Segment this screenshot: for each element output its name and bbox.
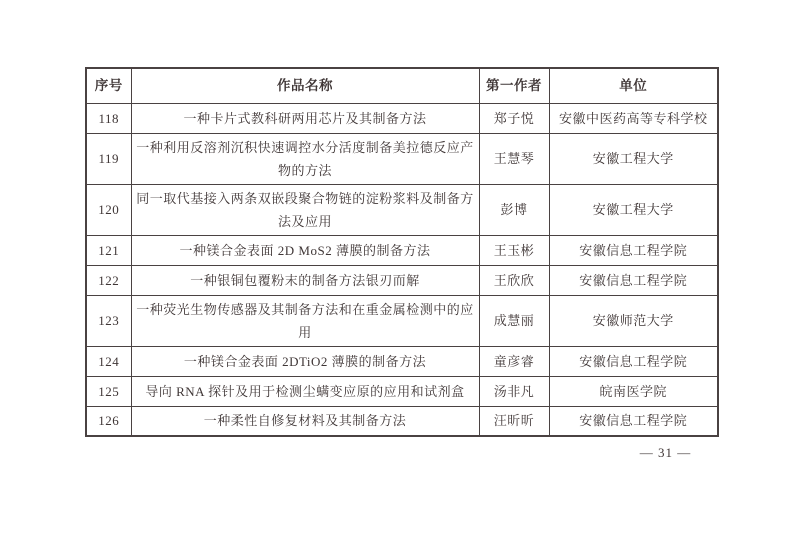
cell-serial: 125 <box>86 376 131 406</box>
cell-serial: 119 <box>86 133 131 184</box>
header-row: 序号 作品名称 第一作者 单位 <box>86 68 718 103</box>
cell-serial: 120 <box>86 184 131 235</box>
cell-organization: 安徽工程大学 <box>549 184 718 235</box>
cell-organization: 安徽信息工程学院 <box>549 346 718 376</box>
table-row: 122 一种银铜包覆粉末的制备方法银刃而解 王欣欣 安徽信息工程学院 <box>86 265 718 295</box>
col-header-author: 第一作者 <box>479 68 549 103</box>
cell-organization: 安徽师范大学 <box>549 295 718 346</box>
cell-organization: 安徽信息工程学院 <box>549 406 718 436</box>
cell-serial: 121 <box>86 235 131 265</box>
table-row: 123 一种荧光生物传感器及其制备方法和在重金属检测中的应用 成慧丽 安徽师范大… <box>86 295 718 346</box>
table-row: 125 导向 RNA 探针及用于检测尘螨变应原的应用和试剂盒 汤非凡 皖南医学院 <box>86 376 718 406</box>
table-row: 124 一种镁合金表面 2DTiO2 薄膜的制备方法 童彦睿 安徽信息工程学院 <box>86 346 718 376</box>
cell-author: 彭博 <box>479 184 549 235</box>
cell-author: 郑子悦 <box>479 103 549 133</box>
cell-title: 一种柔性自修复材料及其制备方法 <box>131 406 479 436</box>
col-header-organization: 单位 <box>549 68 718 103</box>
cell-title: 一种利用反溶剂沉积快速调控水分活度制备美拉德反应产物的方法 <box>131 133 479 184</box>
table-row: 126 一种柔性自修复材料及其制备方法 汪昕昕 安徽信息工程学院 <box>86 406 718 436</box>
cell-serial: 118 <box>86 103 131 133</box>
cell-organization: 皖南医学院 <box>549 376 718 406</box>
cell-serial: 124 <box>86 346 131 376</box>
cell-organization: 安徽工程大学 <box>549 133 718 184</box>
cell-author: 王慧琴 <box>479 133 549 184</box>
cell-title: 导向 RNA 探针及用于检测尘螨变应原的应用和试剂盒 <box>131 376 479 406</box>
col-header-serial: 序号 <box>86 68 131 103</box>
table-row: 118 一种卡片式教科研两用芯片及其制备方法 郑子悦 安徽中医药高等专科学校 <box>86 103 718 133</box>
table-row: 121 一种镁合金表面 2D MoS2 薄膜的制备方法 王玉彬 安徽信息工程学院 <box>86 235 718 265</box>
cell-title: 同一取代基接入两条双嵌段聚合物链的淀粉浆料及制备方法及应用 <box>131 184 479 235</box>
col-header-title: 作品名称 <box>131 68 479 103</box>
page-number: — 31 — <box>618 445 713 461</box>
table-row: 119 一种利用反溶剂沉积快速调控水分活度制备美拉德反应产物的方法 王慧琴 安徽… <box>86 133 718 184</box>
cell-title: 一种镁合金表面 2DTiO2 薄膜的制备方法 <box>131 346 479 376</box>
cell-title: 一种镁合金表面 2D MoS2 薄膜的制备方法 <box>131 235 479 265</box>
cell-title: 一种卡片式教科研两用芯片及其制备方法 <box>131 103 479 133</box>
cell-author: 成慧丽 <box>479 295 549 346</box>
cell-organization: 安徽信息工程学院 <box>549 265 718 295</box>
cell-organization: 安徽信息工程学院 <box>549 235 718 265</box>
cell-title: 一种荧光生物传感器及其制备方法和在重金属检测中的应用 <box>131 295 479 346</box>
cell-author: 汤非凡 <box>479 376 549 406</box>
cell-serial: 123 <box>86 295 131 346</box>
cell-author: 王玉彬 <box>479 235 549 265</box>
cell-author: 王欣欣 <box>479 265 549 295</box>
awards-table: 序号 作品名称 第一作者 单位 118 一种卡片式教科研两用芯片及其制备方法 郑… <box>85 67 719 437</box>
cell-organization: 安徽中医药高等专科学校 <box>549 103 718 133</box>
cell-author: 汪昕昕 <box>479 406 549 436</box>
cell-serial: 126 <box>86 406 131 436</box>
table-row: 120 同一取代基接入两条双嵌段聚合物链的淀粉浆料及制备方法及应用 彭博 安徽工… <box>86 184 718 235</box>
cell-title: 一种银铜包覆粉末的制备方法银刃而解 <box>131 265 479 295</box>
cell-serial: 122 <box>86 265 131 295</box>
cell-author: 童彦睿 <box>479 346 549 376</box>
